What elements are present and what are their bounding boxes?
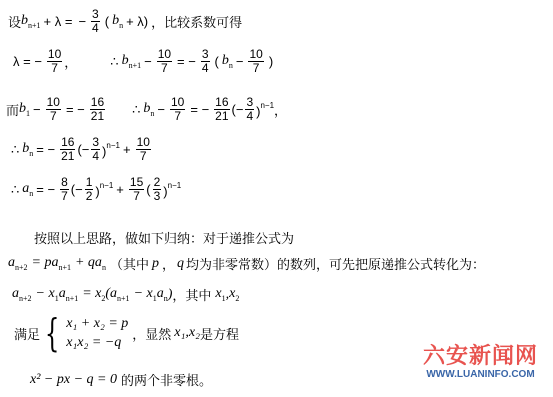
line-an: ∴ an = − 87 (− 12 )n−1 + 157 ( 23 )n−1 — [8, 176, 181, 203]
line-quadratic: x² − px − q = 0 的两个非零根。 — [30, 370, 212, 389]
text: 按照以上思路，做如下归纳：对于递推公式为 — [34, 228, 294, 247]
text: ， — [274, 100, 287, 119]
text: )n−1 — [102, 141, 120, 159]
fraction: 34 — [91, 8, 100, 35]
text: − — [157, 102, 165, 117]
therefore-symbol: ∴ — [132, 102, 140, 118]
equation: x₁x₂ = −q — [66, 333, 128, 352]
var-b: bn — [143, 101, 154, 118]
text: = − — [36, 142, 55, 157]
var-b: b1 — [19, 101, 30, 118]
fraction: 107 — [47, 48, 62, 75]
text: − x1 — [36, 286, 59, 303]
var-a: an+1 — [59, 286, 79, 303]
var-a: an+2 — [12, 286, 32, 303]
line-bn: ∴ bn = − 1621 (− 34 )n−1 + 107 — [8, 136, 153, 163]
var-b: bn+1 — [21, 13, 41, 30]
fraction: 87 — [60, 176, 69, 203]
line-recurrence: an+2 = pan+1 + qan （其中 p ， q 均为非零常数）的数列，… — [8, 254, 485, 273]
text: + — [116, 182, 124, 197]
text: ，显然 — [132, 324, 171, 343]
line-b1: 而 b1 − 107 = − 1621 ∴ bn − 107 = − 1621 … — [6, 96, 287, 123]
text: = x2 — [82, 286, 105, 303]
var-q: q — [177, 256, 184, 272]
fraction: 1621 — [214, 96, 229, 123]
text: = − — [177, 54, 196, 69]
var-b: bn — [112, 13, 123, 30]
var-b: bn — [22, 141, 33, 158]
text: ，比较系数可得 — [151, 12, 242, 31]
fraction: 23 — [153, 176, 162, 203]
fraction: 34 — [201, 48, 210, 75]
text: − x1 — [134, 286, 157, 303]
text: (− — [71, 182, 83, 197]
therefore-symbol: ∴ — [11, 182, 19, 198]
line-lambda: λ = − 107 ， ∴ bn+1 − 107 = − 34 ( bn − 1… — [10, 48, 276, 75]
text: ) — [269, 54, 273, 69]
text: ， — [64, 52, 77, 71]
var-x1: x1 — [215, 286, 225, 303]
text: = − — [36, 182, 55, 197]
var-a: an — [157, 286, 168, 303]
watermark-logo: 六安新闻网 WWW.LUANINFO.COM — [423, 345, 538, 381]
var-x2: x2 — [229, 286, 239, 303]
fraction: 1621 — [90, 96, 105, 123]
fraction: 107 — [170, 96, 185, 123]
fraction: 107 — [136, 136, 151, 163]
brace-symbol: { — [45, 314, 60, 352]
fraction: 12 — [85, 176, 94, 203]
text: 是方程 — [200, 324, 239, 343]
var-x2: x₂ — [189, 325, 200, 341]
text: = pan+1 — [32, 255, 71, 272]
text: − — [78, 14, 86, 29]
text: (− — [77, 142, 89, 157]
text: ， — [162, 254, 175, 273]
var-a: an — [22, 181, 33, 198]
text: − — [144, 54, 152, 69]
text: (an+1 — [105, 286, 129, 303]
text: ，其中 — [172, 285, 211, 304]
fraction: 157 — [129, 176, 144, 203]
text: − — [33, 102, 41, 117]
text: ( — [215, 54, 219, 69]
line-assumption: 设 bn+1 + λ = − 34 ( bn + λ) ，比较系数可得 — [8, 8, 242, 35]
var-p: p — [152, 256, 159, 272]
text: + qan — [75, 255, 106, 272]
text: )n−1 — [256, 101, 274, 119]
text: 满足 — [14, 324, 40, 343]
var-a: an+2 — [8, 255, 28, 272]
line-system: 满足 { x₁ + x₂ = p x₁x₂ = −q ，显然 x₁ , x₂ 是… — [14, 314, 239, 352]
text: = − — [190, 102, 209, 117]
fraction: 34 — [245, 96, 254, 123]
fraction: 107 — [157, 48, 172, 75]
text: (− — [232, 102, 244, 117]
var-b: bn — [222, 53, 233, 70]
var-b: bn+1 — [122, 53, 142, 70]
fraction: 107 — [248, 48, 263, 75]
text: )n−1 — [95, 181, 113, 199]
text: = − — [66, 102, 85, 117]
text: 设 — [8, 12, 21, 31]
fraction: 1621 — [60, 136, 75, 163]
text: 的两个非零根。 — [121, 370, 212, 389]
therefore-symbol: ∴ — [11, 142, 19, 158]
text: )n−1 — [163, 181, 181, 199]
line-transform: an+2 − x1 an+1 = x2 (an+1 − x1 an ) ，其中 … — [12, 285, 239, 304]
watermark-url: WWW.LUANINFO.COM — [423, 369, 538, 381]
text: + λ) — [126, 14, 148, 29]
fraction: 34 — [91, 136, 100, 163]
var-x1: x₁ — [174, 325, 185, 341]
fraction: 107 — [46, 96, 61, 123]
text: ( — [146, 182, 150, 197]
text: + — [123, 142, 131, 157]
therefore-symbol: ∴ — [110, 54, 118, 70]
text: λ = − — [13, 54, 42, 69]
text: − — [236, 54, 244, 69]
equation-system: x₁ + x₂ = p x₁x₂ = −q — [66, 314, 128, 352]
paragraph-summary: 按照以上思路，做如下归纳：对于递推公式为 — [34, 228, 294, 247]
text: 而 — [6, 100, 19, 119]
text: + λ = — [44, 14, 73, 29]
text: （其中 — [110, 254, 149, 273]
text: ( — [105, 14, 109, 29]
equation: x₁ + x₂ = p — [66, 314, 128, 333]
watermark-cn: 六安新闻网 — [423, 345, 538, 369]
equation: x² − px − q = 0 — [30, 372, 117, 388]
text: 均为非零常数）的数列，可先把原递推公式转化为： — [186, 254, 485, 273]
